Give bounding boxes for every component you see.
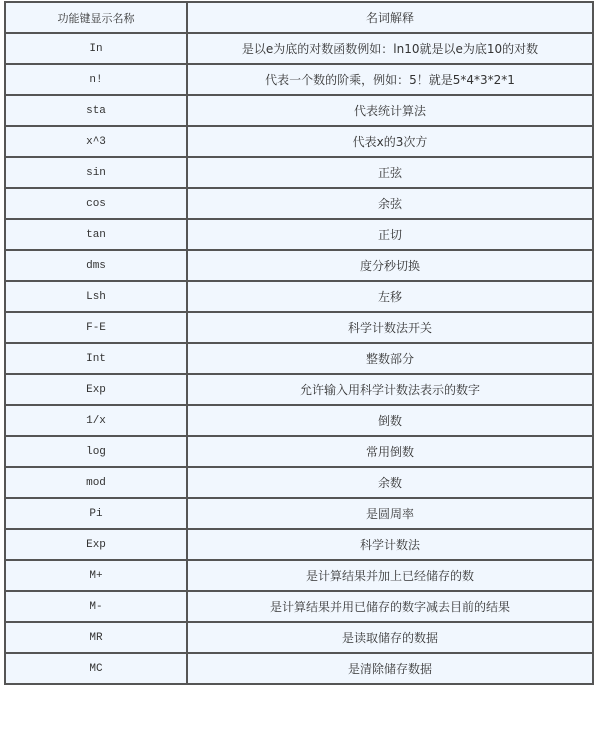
key-cell: mod — [5, 467, 187, 498]
desc-cell: 代表一个数的阶乘，例如：5！就是5*4*3*2*1 — [187, 64, 593, 95]
key-cell: MC — [5, 653, 187, 684]
desc-cell: 允许输入用科学计数法表示的数字 — [187, 374, 593, 405]
table-row: MR是读取储存的数据 — [5, 622, 593, 653]
table-row: sin正弦 — [5, 157, 593, 188]
desc-cell: 余数 — [187, 467, 593, 498]
table-row: Exp允许输入用科学计数法表示的数字 — [5, 374, 593, 405]
key-cell: Lsh — [5, 281, 187, 312]
desc-cell: 余弦 — [187, 188, 593, 219]
key-cell: 1/x — [5, 405, 187, 436]
table-row: Pi是圆周率 — [5, 498, 593, 529]
desc-cell: 正切 — [187, 219, 593, 250]
key-cell: cos — [5, 188, 187, 219]
table-row: M-是计算结果并用已储存的数字减去目前的结果 — [5, 591, 593, 622]
desc-cell: 度分秒切换 — [187, 250, 593, 281]
key-cell: Pi — [5, 498, 187, 529]
desc-cell: 科学计数法开关 — [187, 312, 593, 343]
table-row: M+是计算结果并加上已经储存的数 — [5, 560, 593, 591]
key-cell: x^3 — [5, 126, 187, 157]
desc-cell: 科学计数法 — [187, 529, 593, 560]
table-row: cos余弦 — [5, 188, 593, 219]
table-row: tan正切 — [5, 219, 593, 250]
key-cell: M+ — [5, 560, 187, 591]
desc-cell: 正弦 — [187, 157, 593, 188]
header-explanation: 名词解释 — [187, 2, 593, 33]
table-row: Exp科学计数法 — [5, 529, 593, 560]
key-cell: dms — [5, 250, 187, 281]
table-row: mod余数 — [5, 467, 593, 498]
key-cell: log — [5, 436, 187, 467]
desc-cell: 是以e为底的对数函数例如：ln10就是以e为底10的对数 — [187, 33, 593, 64]
key-cell: M- — [5, 591, 187, 622]
key-cell: MR — [5, 622, 187, 653]
table-row: Lsh左移 — [5, 281, 593, 312]
desc-cell: 倒数 — [187, 405, 593, 436]
key-cell: sin — [5, 157, 187, 188]
key-cell: n! — [5, 64, 187, 95]
table-row: dms度分秒切换 — [5, 250, 593, 281]
key-cell: Exp — [5, 529, 187, 560]
desc-cell: 是计算结果并加上已经储存的数 — [187, 560, 593, 591]
desc-cell: 是计算结果并用已储存的数字减去目前的结果 — [187, 591, 593, 622]
table-row: 1/x倒数 — [5, 405, 593, 436]
key-cell: tan — [5, 219, 187, 250]
desc-cell: 代表x的3次方 — [187, 126, 593, 157]
desc-cell: 整数部分 — [187, 343, 593, 374]
calculator-keys-table: 功能键显示名称 名词解释 In是以e为底的对数函数例如：ln10就是以e为底10… — [4, 1, 594, 685]
desc-cell: 左移 — [187, 281, 593, 312]
table-row: In是以e为底的对数函数例如：ln10就是以e为底10的对数 — [5, 33, 593, 64]
desc-cell: 是清除储存数据 — [187, 653, 593, 684]
table-row: Int整数部分 — [5, 343, 593, 374]
key-cell: Exp — [5, 374, 187, 405]
desc-cell: 常用倒数 — [187, 436, 593, 467]
key-cell: In — [5, 33, 187, 64]
table-row: x^3代表x的3次方 — [5, 126, 593, 157]
key-cell: F-E — [5, 312, 187, 343]
key-cell: Int — [5, 343, 187, 374]
table-row: F-E科学计数法开关 — [5, 312, 593, 343]
desc-cell: 是读取储存的数据 — [187, 622, 593, 653]
table-container: 功能键显示名称 名词解释 In是以e为底的对数函数例如：ln10就是以e为底10… — [4, 1, 594, 685]
table-body: In是以e为底的对数函数例如：ln10就是以e为底10的对数 n!代表一个数的阶… — [5, 33, 593, 684]
header-key-name: 功能键显示名称 — [5, 2, 187, 33]
table-header-row: 功能键显示名称 名词解释 — [5, 2, 593, 33]
table-row: log常用倒数 — [5, 436, 593, 467]
table-row: sta代表统计算法 — [5, 95, 593, 126]
table-row: MC是清除储存数据 — [5, 653, 593, 684]
key-cell: sta — [5, 95, 187, 126]
table-row: n!代表一个数的阶乘，例如：5！就是5*4*3*2*1 — [5, 64, 593, 95]
desc-cell: 代表统计算法 — [187, 95, 593, 126]
desc-cell: 是圆周率 — [187, 498, 593, 529]
